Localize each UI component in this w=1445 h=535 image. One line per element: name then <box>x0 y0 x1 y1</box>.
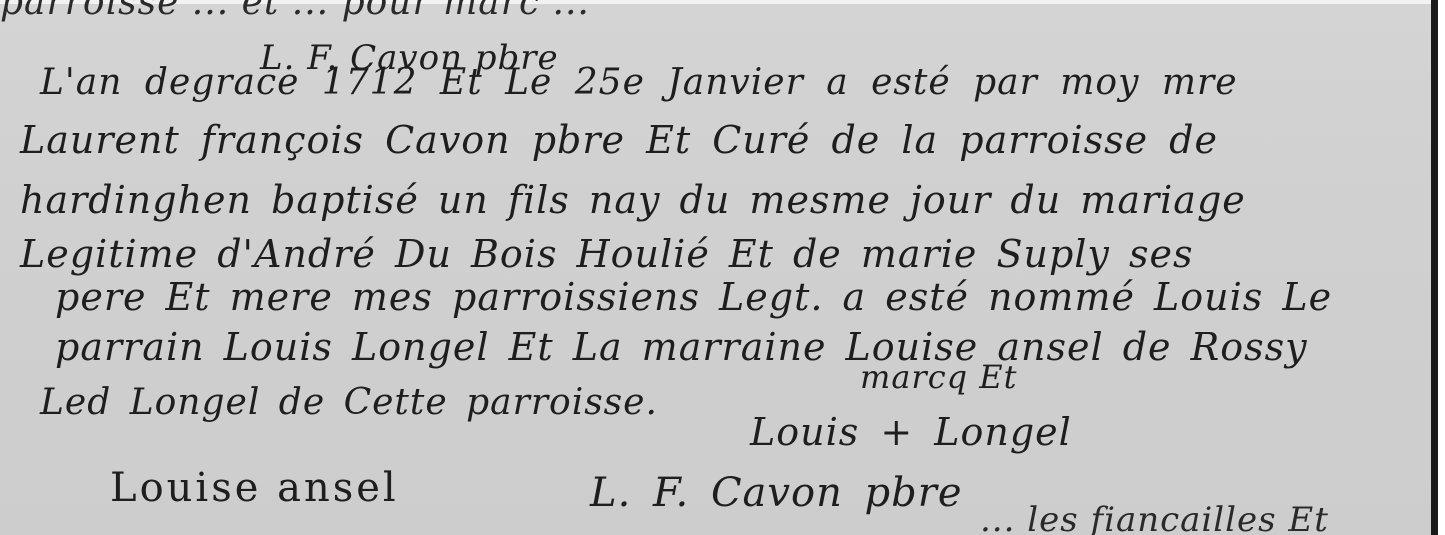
record-line-2: Laurent françois Cavon pbre Et Curé de l… <box>20 118 1218 162</box>
priest-signature: L. F. Cavon pbre <box>590 470 963 516</box>
register-page: parroisse ... et ... pour marc ... L. F.… <box>0 0 1438 535</box>
record-line-4: Legitime d'André Du Bois Houlié Et de ma… <box>20 232 1193 276</box>
record-line-6: parrain Louis Longel Et La marraine Loui… <box>55 325 1308 369</box>
previous-entry-fragment: parroisse ... et ... pour marc ... <box>0 0 590 23</box>
godfather-signature: Louis + Longel <box>750 410 1072 454</box>
godmother-signature: Louise ansel <box>110 465 399 511</box>
record-line-3: hardinghen baptisé un fils nay du mesme … <box>20 178 1246 222</box>
record-line-7: Led Longel de Cette parroisse. <box>40 382 658 423</box>
record-line-insert: marcq Et <box>860 358 1018 396</box>
record-line-5: pere Et mere mes parroissiens Legt. a es… <box>55 275 1332 319</box>
next-entry-fragment: ... les fiancailles Et <box>980 500 1329 535</box>
record-line-1: L'an degrace 1712 Et Le 25e Janvier a es… <box>40 62 1238 103</box>
page-edge <box>1431 0 1438 535</box>
